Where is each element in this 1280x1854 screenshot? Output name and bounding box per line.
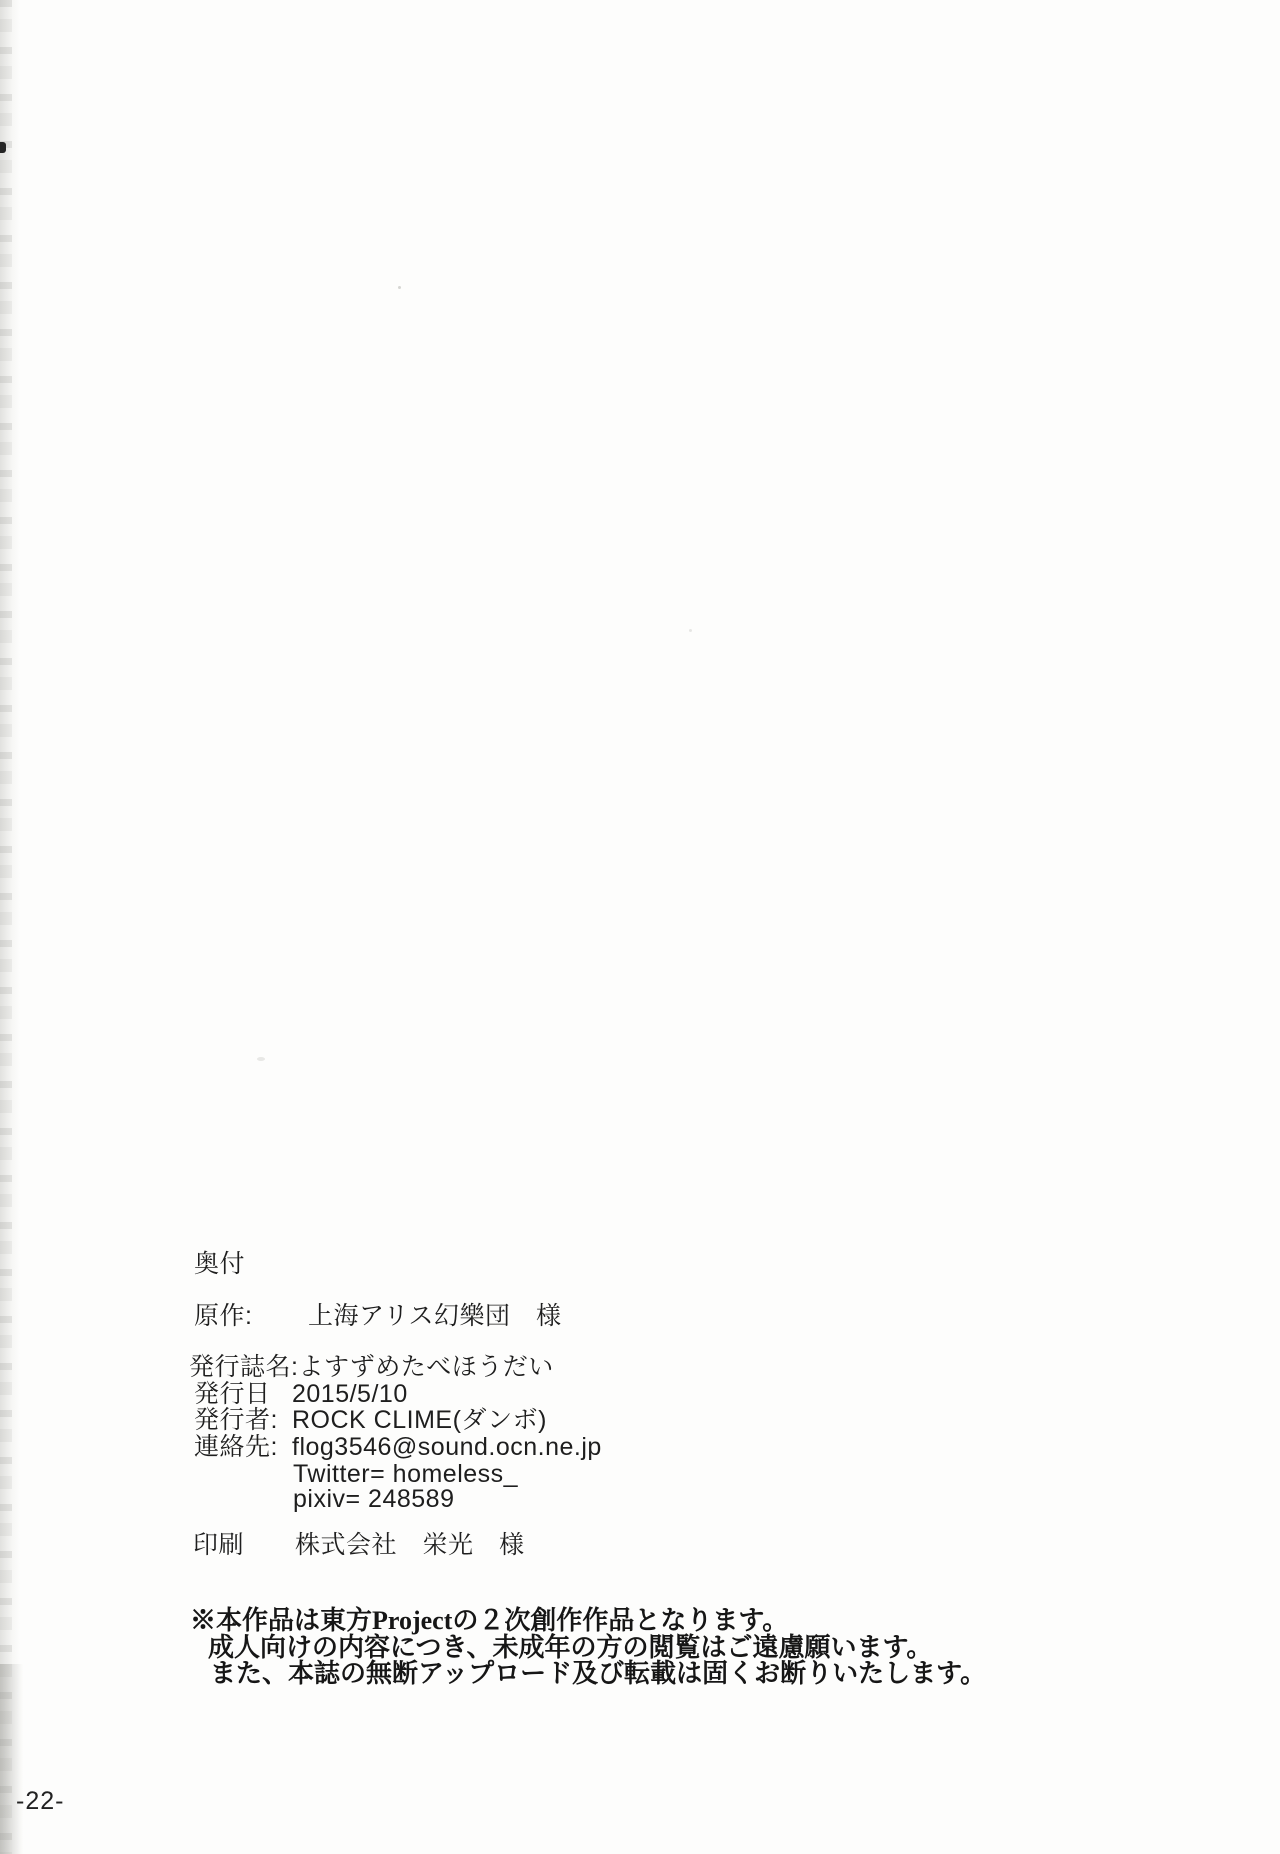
journal-title-value: よすずめたべほうだい: [298, 1353, 553, 1381]
contact-row: 連絡先:flog3546@sound.ocn.ne.jp: [194, 1434, 602, 1462]
original-work-value: 上海アリス幻樂団 様: [308, 1302, 562, 1330]
printer-label: 印刷: [193, 1532, 295, 1560]
disclaimer-line-1: ※本作品は東方Projectの２次創作作品となります。: [190, 1607, 788, 1634]
publisher-row: 発行者:ROCK CLIME(ダンボ): [194, 1407, 547, 1435]
publisher-value: ROCK CLIME(ダンボ): [292, 1406, 547, 1434]
printer-value: 株式会社 栄光 様: [295, 1531, 525, 1559]
contact-email: flog3546@sound.ocn.ne.jp: [292, 1433, 602, 1461]
original-work-label: 原作:: [194, 1303, 308, 1331]
dust-speck: [398, 286, 401, 289]
issue-date-row: 発行日2015/5/10: [194, 1381, 408, 1409]
disclaimer-line-3: また、本誌の無断アップロード及び転載は固くお断りいたします。: [210, 1660, 986, 1687]
printer-row: 印刷株式会社 栄光 様: [193, 1532, 525, 1560]
issue-date-value: 2015/5/10: [292, 1380, 408, 1408]
contact-label: 連絡先:: [194, 1434, 292, 1462]
publisher-label: 発行者:: [194, 1407, 292, 1435]
issue-date-label: 発行日: [194, 1381, 292, 1409]
journal-title-label: 発行誌名:: [189, 1354, 298, 1382]
scan-edge-texture: [0, 0, 20, 1854]
page-number: -22-: [16, 1788, 64, 1816]
dust-speck: [689, 629, 692, 632]
disclaimer-line-2: 成人向けの内容につき、未成年の方の閲覧はご遠慮願います。: [208, 1634, 932, 1661]
dust-speck: [257, 1057, 265, 1061]
scan-black-mark: [0, 142, 6, 153]
scanned-colophon-page: 奥付 原作:上海アリス幻樂団 様 発行誌名:よすずめたべほうだい 発行日2015…: [0, 0, 1280, 1854]
contact-pixiv: pixiv= 248589: [293, 1486, 454, 1514]
original-work-row: 原作:上海アリス幻樂団 様: [194, 1303, 562, 1331]
colophon-title: 奥付: [194, 1251, 245, 1279]
journal-title-row: 発行誌名:よすずめたべほうだい: [189, 1354, 554, 1382]
